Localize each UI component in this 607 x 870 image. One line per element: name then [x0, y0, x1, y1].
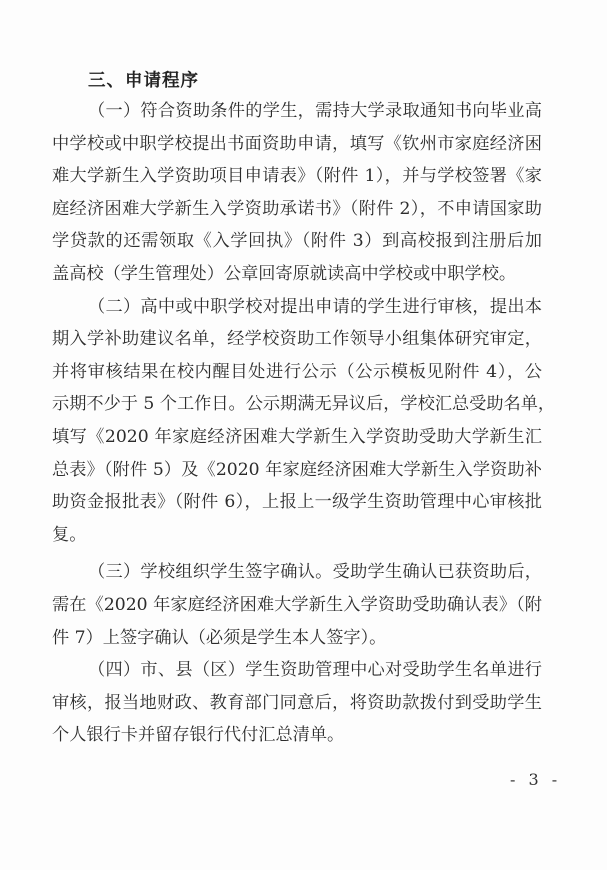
- paragraph-step-1: （一）符合资助条件的学生，需持大学录取通知书向毕业高 中学校或中职学校提出书面资…: [52, 95, 542, 291]
- text-line: 助资金报批表》（附件 6），上报上一级学生资助管理中心审核批: [52, 486, 542, 519]
- text-line: 审核，报当地财政、教育部门同意后，将资助款拨付到受助学生: [52, 687, 542, 720]
- text-line: （三）学校组织学生签字确认。受助学生确认已获资助后，: [52, 556, 542, 589]
- paragraph-step-2: （二）高中或中职学校对提出申请的学生进行审核，提出本 期入学补助建议名单，经学校…: [52, 291, 542, 552]
- text-line: 件 7）上签字确认（必须是学生本人签字）。: [52, 622, 542, 655]
- text-line: 填写《2020 年家庭经济困难大学新生入学资助受助大学新生汇: [52, 421, 542, 454]
- text-line: 学贷款的还需领取《入学回执》（附件 3）到高校报到注册后加: [52, 225, 542, 258]
- text-line: 复。: [52, 519, 542, 552]
- text-line: 庭经济困难大学新生入学资助承诺书》（附件 2），不申请国家助: [52, 193, 542, 226]
- text-line: 并将审核结果在校内醒目处进行公示（公示模板见附件 4），公: [52, 356, 542, 389]
- text-line: （二）高中或中职学校对提出申请的学生进行审核，提出本: [52, 291, 542, 324]
- text-line: 期入学补助建议名单，经学校资助工作领导小组集体研究审定，: [52, 323, 542, 356]
- text-line: 总表》（附件 5）及《2020 年家庭经济困难大学新生入学资助补: [52, 454, 542, 487]
- text-line: 示期不少于 5 个工作日。公示期满无异议后，学校汇总受助名单，: [52, 388, 542, 421]
- page-number: - 3 -: [510, 770, 561, 789]
- text-line: （一）符合资助条件的学生，需持大学录取通知书向毕业高: [52, 95, 542, 128]
- paragraph-step-3: （三）学校组织学生签字确认。受助学生确认已获资助后， 需在《2020 年家庭经济…: [52, 556, 542, 654]
- text-line: 盖高校（学生管理处）公章回寄原就读高中学校或中职学校。: [52, 258, 542, 291]
- text-line: 中学校或中职学校提出书面资助申请，填写《钦州市家庭经济困: [52, 128, 542, 161]
- text-line: （四）市、县（区）学生资助管理中心对受助学生名单进行: [52, 654, 542, 687]
- section-heading: 三、申请程序: [88, 67, 199, 92]
- document-page: 三、申请程序 （一）符合资助条件的学生，需持大学录取通知书向毕业高 中学校或中职…: [0, 0, 607, 870]
- text-line: 难大学新生入学资助项目申请表》（附件 1），并与学校签署《家: [52, 160, 542, 193]
- document-body: （一）符合资助条件的学生，需持大学录取通知书向毕业高 中学校或中职学校提出书面资…: [52, 95, 542, 752]
- paragraph-step-4: （四）市、县（区）学生资助管理中心对受助学生名单进行 审核，报当地财政、教育部门…: [52, 654, 542, 752]
- text-line: 个人银行卡并留存银行代付汇总清单。: [52, 719, 542, 752]
- text-line: 需在《2020 年家庭经济困难大学新生入学资助受助确认表》（附: [52, 589, 542, 622]
